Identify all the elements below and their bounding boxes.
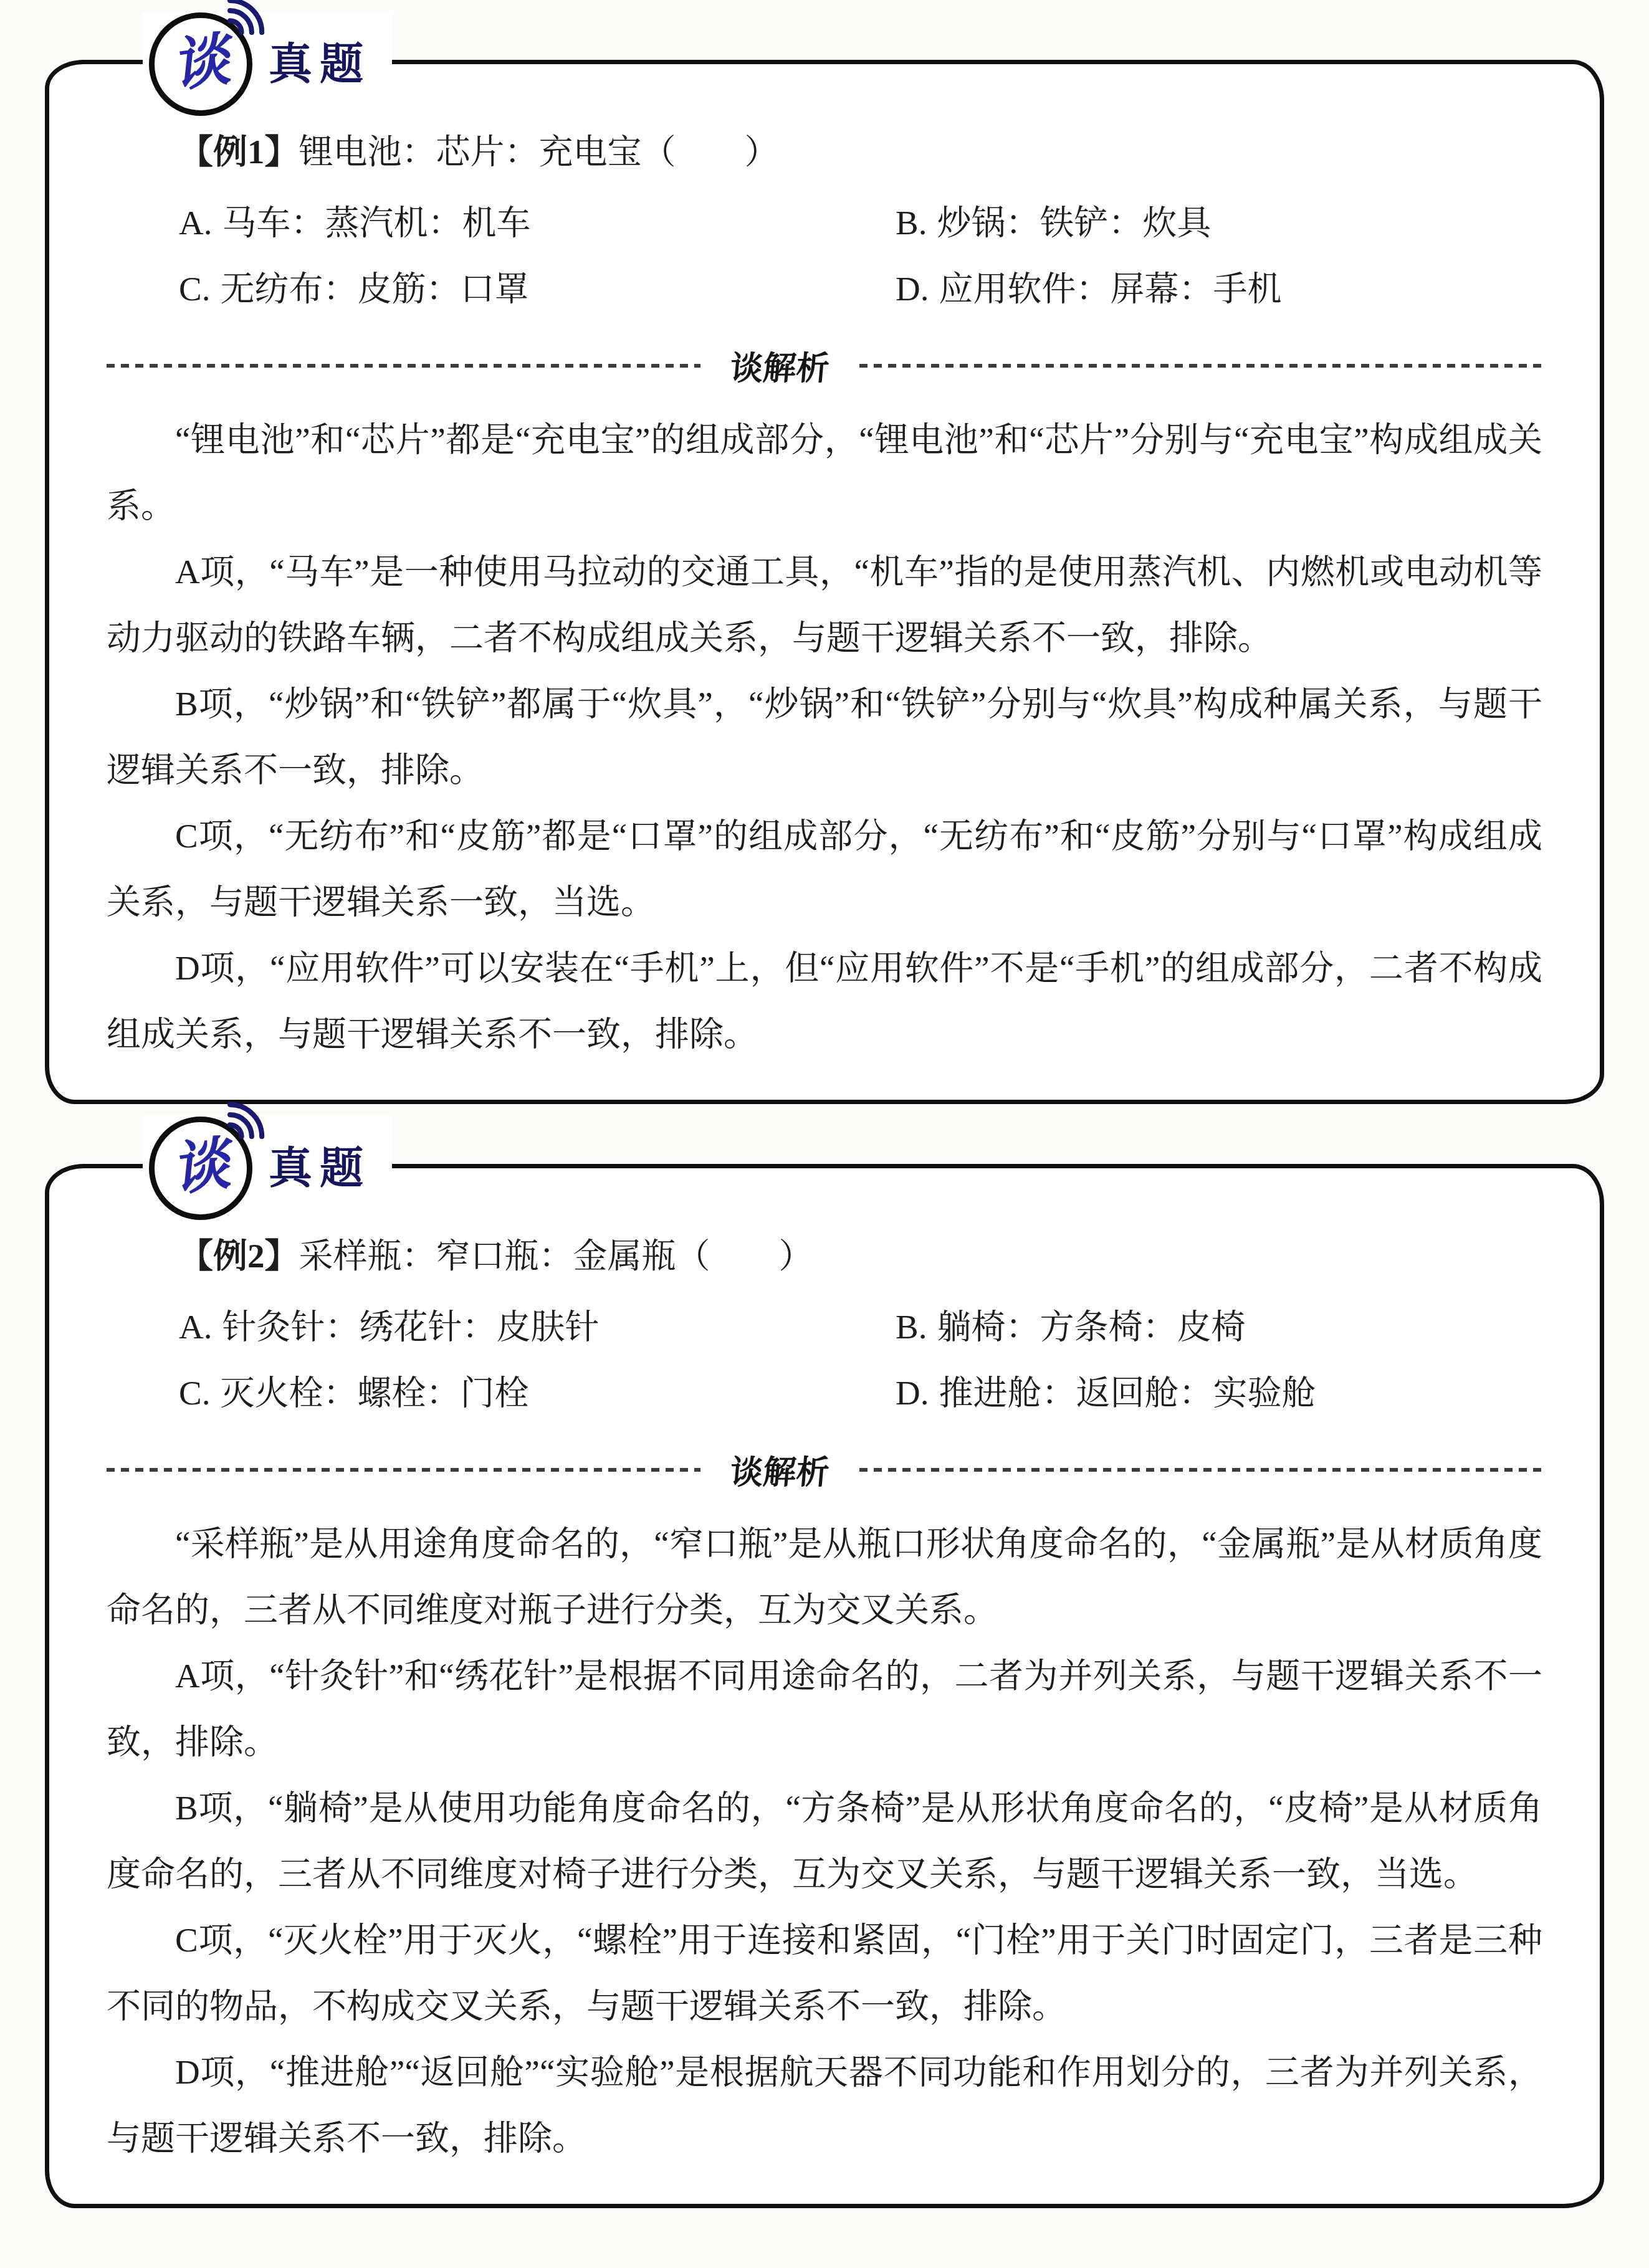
option-item-b: B.炒锅：铁铲：炊具 (896, 190, 1211, 256)
divider-dash-right (859, 364, 1542, 368)
analysis-paragraph-b: B项，“躺椅”是从使用功能角度命名的，“方条椅”是从形状角度命名的，“皮椅”是从… (107, 1775, 1542, 1907)
brand-header: 谈 真题 (143, 1116, 392, 1221)
brand-header: 谈 真题 (143, 12, 392, 117)
analysis-divider: 谈解析 (107, 331, 1542, 401)
question-text: 锂电池：芯片：充电宝（ ） (299, 133, 779, 171)
analysis-paragraph-c: C项，“灭火栓”用于灭火，“螺栓”用于连接和紧固，“门栓”用于关门时固定门，三者… (107, 1907, 1542, 2039)
option-text: 无纺布：皮筋：口罩 (220, 270, 528, 308)
option-item-c: C.无纺布：皮筋：口罩 (179, 256, 896, 322)
option-text: 应用软件：屏幕：手机 (939, 270, 1281, 308)
example-tag: 【例1】 (179, 133, 299, 171)
scanned-page: 谈 真题 【例1】锂电池：芯片：充电宝（ ） A.马车：蒸汽机：机车 (0, 0, 1649, 2268)
analysis-divider: 谈解析 (107, 1435, 1542, 1505)
analysis-paragraph-c: C项，“无纺布”和“皮筋”都是“口罩”的组成部分，“无纺布”和“皮筋”分别与“口… (107, 803, 1542, 935)
analysis-paragraph-a: A项，“针灸针”和“绣花针”是根据不同用途命名的，二者为并列关系，与题干逻辑关系… (107, 1643, 1542, 1775)
exam-card-example-2: 谈 真题 【例2】采样瓶：窄口瓶：金属瓶（ ） A.针灸针：绣花针：皮肤针 (45, 1164, 1604, 2208)
wifi-signal-icon (223, 1097, 269, 1143)
option-text: 灭火栓：螺栓：门栓 (220, 1374, 528, 1412)
options-row: C.无纺布：皮筋：口罩 D.应用软件：屏幕：手机 (179, 256, 1542, 322)
analysis-paragraph-d: D项，“应用软件”可以安装在“手机”上，但“应用软件”不是“手机”的组成部分，二… (107, 935, 1542, 1067)
question-line: 【例2】采样瓶：窄口瓶：金属瓶（ ） (179, 1223, 1542, 1289)
divider-dash-left (107, 1468, 700, 1472)
option-key: D. (896, 1374, 929, 1412)
analysis-section: “采样瓶”是从用途角度命名的，“窄口瓶”是从瓶口形状角度命名的，“金属瓶”是从材… (107, 1511, 1542, 2171)
divider-dash-right (859, 1468, 1542, 1472)
option-text: 炒锅：铁铲：炊具 (937, 204, 1211, 242)
analysis-paragraph-intro: “采样瓶”是从用途角度命名的，“窄口瓶”是从瓶口形状角度命名的，“金属瓶”是从材… (107, 1511, 1542, 1643)
brand-logo-circle: 谈 (149, 12, 252, 116)
option-key: D. (896, 270, 929, 308)
brand-logo-glyph: 谈 (168, 1135, 233, 1199)
option-key: C. (179, 270, 210, 308)
option-key: A. (179, 1308, 212, 1346)
brand-logo-glyph: 谈 (168, 31, 233, 95)
question-line: 【例1】锂电池：芯片：充电宝（ ） (179, 119, 1542, 185)
analysis-paragraph-intro: “锂电池”和“芯片”都是“充电宝”的组成部分，“锂电池”和“芯片”分别与“充电宝… (107, 407, 1542, 539)
brand-label: 真题 (269, 1148, 371, 1191)
divider-label: 谈解析 (729, 342, 832, 389)
options-grid: A.针灸针：绣花针：皮肤针 B.躺椅：方条椅：皮椅 C.灭火栓：螺栓：门栓 D.… (107, 1294, 1542, 1426)
option-text: 针灸针：绣花针：皮肤针 (222, 1308, 599, 1346)
option-text: 马车：蒸汽机：机车 (222, 204, 530, 242)
option-item-d: D.应用软件：屏幕：手机 (896, 256, 1282, 322)
options-grid: A.马车：蒸汽机：机车 B.炒锅：铁铲：炊具 C.无纺布：皮筋：口罩 D.应用软… (107, 190, 1542, 322)
analysis-paragraph-b: B项，“炒锅”和“铁铲”都属于“炊具”，“炒锅”和“铁铲”分别与“炊具”构成种属… (107, 671, 1542, 803)
option-item-b: B.躺椅：方条椅：皮椅 (896, 1294, 1245, 1360)
example-tag: 【例2】 (179, 1237, 299, 1275)
option-key: B. (896, 1308, 927, 1346)
analysis-paragraph-a: A项，“马车”是一种使用马拉动的交通工具，“机车”指的是使用蒸汽机、内燃机或电动… (107, 539, 1542, 671)
option-text: 推进舱：返回舱：实验舱 (939, 1374, 1316, 1412)
analysis-paragraph-d: D项，“推进舱”“返回舱”“实验舱”是根据航天器不同功能和作用划分的，三者为并列… (107, 2039, 1542, 2171)
brand-logo-circle: 谈 (149, 1117, 252, 1220)
option-item-a: A.马车：蒸汽机：机车 (179, 190, 896, 256)
option-key: B. (896, 204, 927, 242)
question-text: 采样瓶：窄口瓶：金属瓶（ ） (299, 1237, 813, 1275)
brand-label: 真题 (269, 44, 371, 87)
divider-label: 谈解析 (729, 1446, 832, 1494)
option-item-d: D.推进舱：返回舱：实验舱 (896, 1360, 1316, 1426)
option-item-c: C.灭火栓：螺栓：门栓 (179, 1360, 896, 1426)
options-row: A.马车：蒸汽机：机车 B.炒锅：铁铲：炊具 (179, 190, 1542, 256)
option-item-a: A.针灸针：绣花针：皮肤针 (179, 1294, 896, 1360)
option-key: A. (179, 204, 212, 242)
analysis-section: “锂电池”和“芯片”都是“充电宝”的组成部分，“锂电池”和“芯片”分别与“充电宝… (107, 407, 1542, 1067)
divider-dash-left (107, 364, 700, 368)
options-row: C.灭火栓：螺栓：门栓 D.推进舱：返回舱：实验舱 (179, 1360, 1542, 1426)
options-row: A.针灸针：绣花针：皮肤针 B.躺椅：方条椅：皮椅 (179, 1294, 1542, 1360)
wifi-signal-icon (223, 0, 269, 39)
option-text: 躺椅：方条椅：皮椅 (937, 1308, 1245, 1346)
option-key: C. (179, 1374, 210, 1412)
exam-card-example-1: 谈 真题 【例1】锂电池：芯片：充电宝（ ） A.马车：蒸汽机：机车 (45, 60, 1604, 1104)
